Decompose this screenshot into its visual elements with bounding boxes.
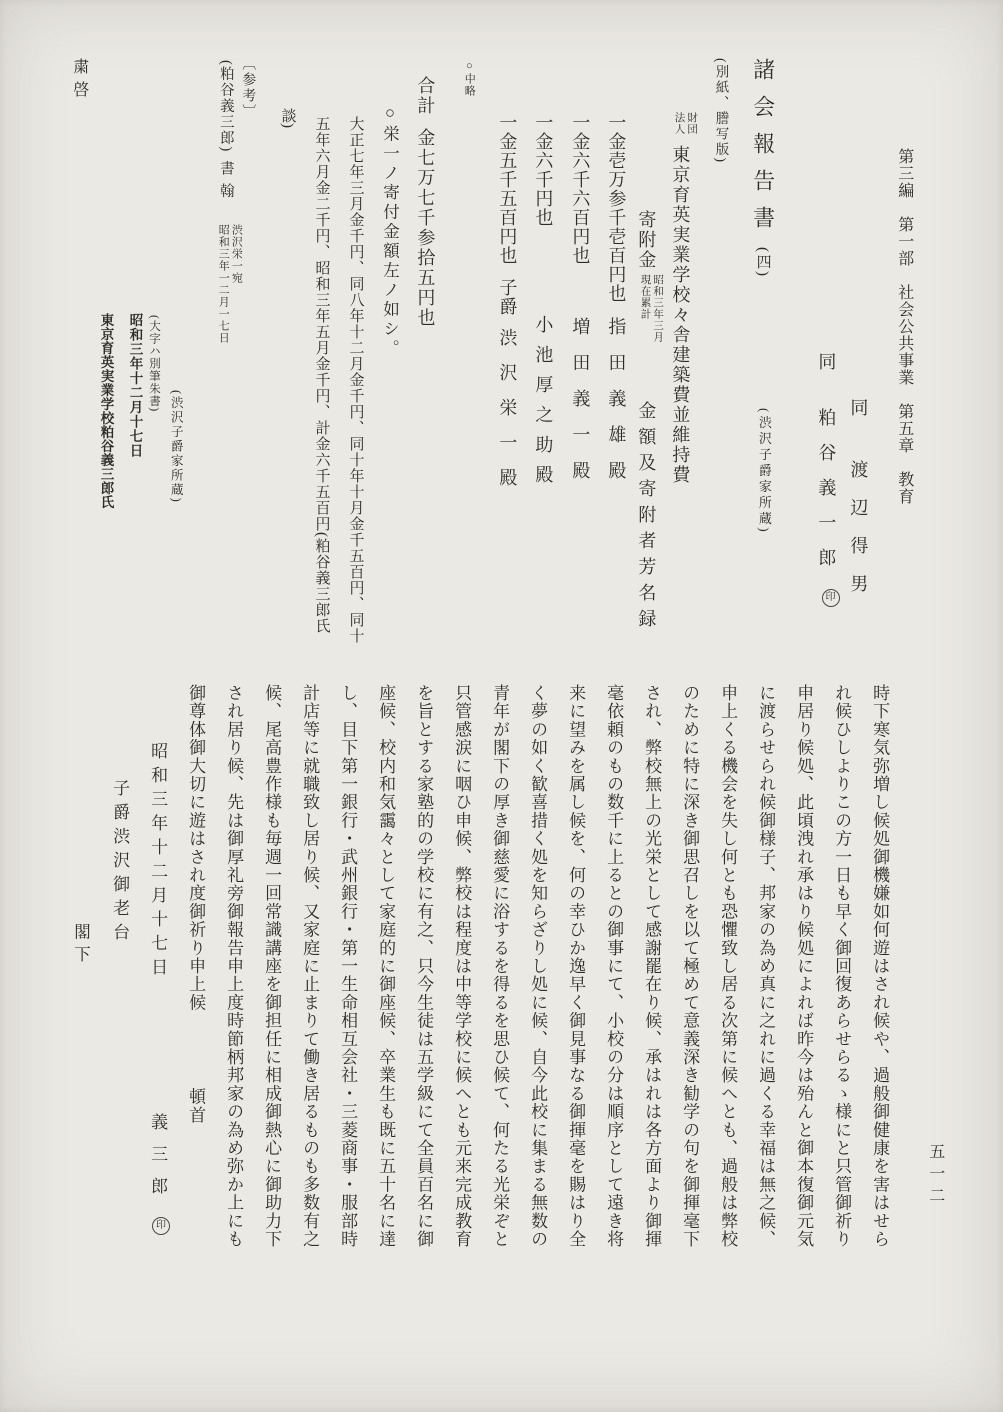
reference-date: 昭和三年一二月一七日: [216, 224, 229, 344]
report-title: 諸会報告書(四): [748, 58, 777, 278]
letter-line: く夢の如く歓喜措く処を知らざりし処に候、自今此校に集まる無数の: [526, 684, 548, 1248]
donation-amount: 一金六千六百円也: [570, 113, 590, 265]
reference-addressee-date: 渋沢栄一宛昭和三年一二月一七日: [216, 224, 242, 344]
letter-line: 毫依頼のもの数千に上るとの御事にて、小校の分は順序として遠き将: [602, 684, 624, 1248]
donation-name: 増田義一殿: [570, 317, 590, 497]
signature-name: 義三郎: [148, 1113, 167, 1209]
donation-amount: 一金六千円也: [533, 113, 553, 227]
seal-icon: 印: [152, 1217, 170, 1235]
donation-detail-line: 大正七年三月金千円、同八年十二月金千円、同十年十月金千五百円、同十: [345, 116, 365, 644]
scanned-book-page: { "page": { "header": "第三編 第一部 社会公共事業 第五…: [0, 0, 1003, 1412]
letter-date: 昭和三年十二月十七日: [146, 742, 168, 982]
letter-addressee: 子爵渋沢御老台: [108, 779, 130, 947]
report-title-text: 諸会報告書: [751, 58, 776, 243]
donation-name: 小池厚之助殿: [533, 315, 553, 495]
org-prefix: 財団法人: [672, 112, 697, 135]
reference-provenance: (渋沢子爵家所蔵): [168, 390, 184, 504]
roll-head-date-2: 現在累計: [638, 274, 651, 343]
letter-line: れ候ひしよりこの方一日も早く御回復あらせらるゝ様にと只管御祈り: [830, 684, 852, 1248]
org-name: 東京育英実業学校々舎建築費並維持費: [670, 145, 690, 485]
letter-line: 計店等に就職致し居り候、又家庭に止まりて働き居るものも多数有之: [298, 684, 320, 1248]
letter-line: 候、尾高豊作様も毎週一回常識講座を御担任に相成御熱心に御助力下: [260, 684, 282, 1248]
letter-honorific: 閣下: [70, 923, 91, 968]
donation-entry: 一金六千六百円也増田義一殿: [568, 113, 591, 497]
letter-closing-line: 御尊体御大切に遊はされ度御祈り申上候頓首: [184, 684, 206, 1124]
donation-entry: 一金壱万参千壱百円也指田義雄殿: [604, 113, 627, 497]
reference-red-date: 昭和三年十二月十七日: [126, 313, 144, 458]
letter-closing-word: 頓首: [186, 1088, 205, 1124]
letter-line: 座候、校内和気靄々として家庭的に御座候、卒業生も既に五十名に達: [374, 684, 396, 1248]
roll-head-date-1: 昭和三年三月: [651, 274, 664, 343]
reference-heading: (粕谷義三郎)書翰渋沢栄一宛昭和三年一二月一七日: [216, 60, 242, 344]
roll-head: 寄附金: [636, 210, 656, 270]
organization-line: 財団法人東京育英実業学校々舎建築費並維持費: [668, 112, 697, 485]
total-line: 合計金七万七千参拾五円也: [413, 76, 436, 328]
letter-line: され居り候、先は御厚礼旁御報告申上度時節柄邦家の為め弥か上にも: [222, 684, 244, 1248]
letter-line: し、目下第一銀行・武州銀行・第一生命相互会社・三菱商事・服部時: [336, 684, 358, 1248]
letter-line: のために特に深き御思召しを以て極めて意義深き勧学の句を御揮毫下: [678, 684, 700, 1248]
seal-icon: 印: [822, 589, 840, 607]
donation-detail-line: 五年六月金二千円、昭和三年五月金千円、計金六千五百円(粕谷義三郎氏: [311, 116, 331, 634]
reference-addressee: 渋沢栄一宛: [229, 224, 242, 344]
attendee-name: 粕谷義一郎: [816, 408, 836, 583]
attendee-kasuya: 同粕谷義一郎印: [814, 352, 840, 607]
letter-line: 来に望みを属し候を、何の幸ひか逸早く御見事なる御揮毫を賜はり全: [564, 684, 586, 1248]
roll-head-date: 昭和三年三月現在累計: [638, 274, 663, 343]
letter-line: に渡らせられ候御様子、邦家の為め真に之れに過くる幸福は無之候、: [754, 684, 776, 1248]
letter-closing: 御尊体御大切に遊はされ度御祈り申上候: [186, 684, 205, 1012]
donation-entry: 一金六千円也小池厚之助殿: [531, 113, 554, 495]
ellipsis-note: ○中略: [462, 60, 476, 97]
letter-salutation: 粛啓: [68, 58, 89, 104]
letter-line: 青年が閣下の厚き御慈愛に浴するを得るを思ひ候て、何たる光栄ぞと: [488, 684, 510, 1248]
reference-author: (粕谷義三郎): [218, 60, 234, 153]
letter-line: 申居り候処、此頃洩れ承はり候処によれば昨今は殆んと御本復御元気: [792, 684, 814, 1248]
provenance-note: (渋沢子爵家所蔵): [755, 408, 772, 535]
donation-roll-heading: 寄附金昭和三年三月現在累計金額及寄附者芳名録: [634, 210, 663, 635]
org-prefix-2: 法人: [672, 112, 685, 135]
donation-amount: 一金五千五百円也: [497, 113, 517, 265]
page-number: 五一二: [924, 1143, 945, 1209]
reference-red-sender: 東京育英実業学校粕谷義三郎氏: [97, 313, 115, 509]
letter-line: を旨とする家塾的の学校に有之、只今生徒は五学級にて全員百名に御: [412, 684, 434, 1248]
letter-line: 時下寒気弥増し候処御機嫌如何遊はされ候や、過般御健康を害はせら: [868, 684, 890, 1248]
attendee-watanabe: 同渡辺得男: [846, 398, 869, 612]
donation-entry: 一金五千五百円也子爵渋沢栄一殿: [495, 113, 518, 503]
letter-line: 只管感涙に咽ひ申候、弊校は程度は中等学校に候へとも元来完成教育: [450, 684, 472, 1248]
total-label: 合計: [415, 76, 435, 116]
attendee-prefix: 同: [816, 352, 836, 370]
attendee-prefix: 同: [848, 398, 868, 416]
donor-title: 子爵: [497, 278, 517, 316]
donation-name: 渋沢栄一殿: [497, 328, 517, 503]
donation-detail-line: 談): [277, 108, 297, 128]
letter-line: され、弊校無上の光栄として感謝罷在り候、承はれは各方面より御揮: [640, 684, 662, 1248]
attendee-name: 渡辺得男: [848, 460, 868, 612]
running-header: 第三編 第一部 社会公共事業 第五章 教育: [893, 148, 914, 505]
org-prefix-1: 財団: [685, 112, 698, 135]
donation-amount: 一金壱万参千壱百円也: [606, 113, 626, 303]
copy-note: (別紙、謄写版): [712, 58, 730, 164]
reference-doc-type: 書翰: [218, 161, 234, 206]
letter-signature: 義三郎印: [146, 1113, 170, 1235]
reference-script-note: (大字ハ別筆朱書): [146, 315, 161, 412]
roll-head-rest: 金額及寄附者芳名録: [636, 401, 656, 635]
total-amount: 金七万七千参拾五円也: [415, 128, 435, 328]
report-title-number: (四): [755, 247, 771, 278]
eiichi-donation-note: ○栄一ノ寄付金額左ノ如シ。: [379, 103, 400, 359]
donation-name: 指田義雄殿: [606, 317, 626, 497]
letter-line: 申上くる機会を失し何とも恐懼致し居る次第に候へとも、過般は弊校: [716, 684, 738, 1248]
